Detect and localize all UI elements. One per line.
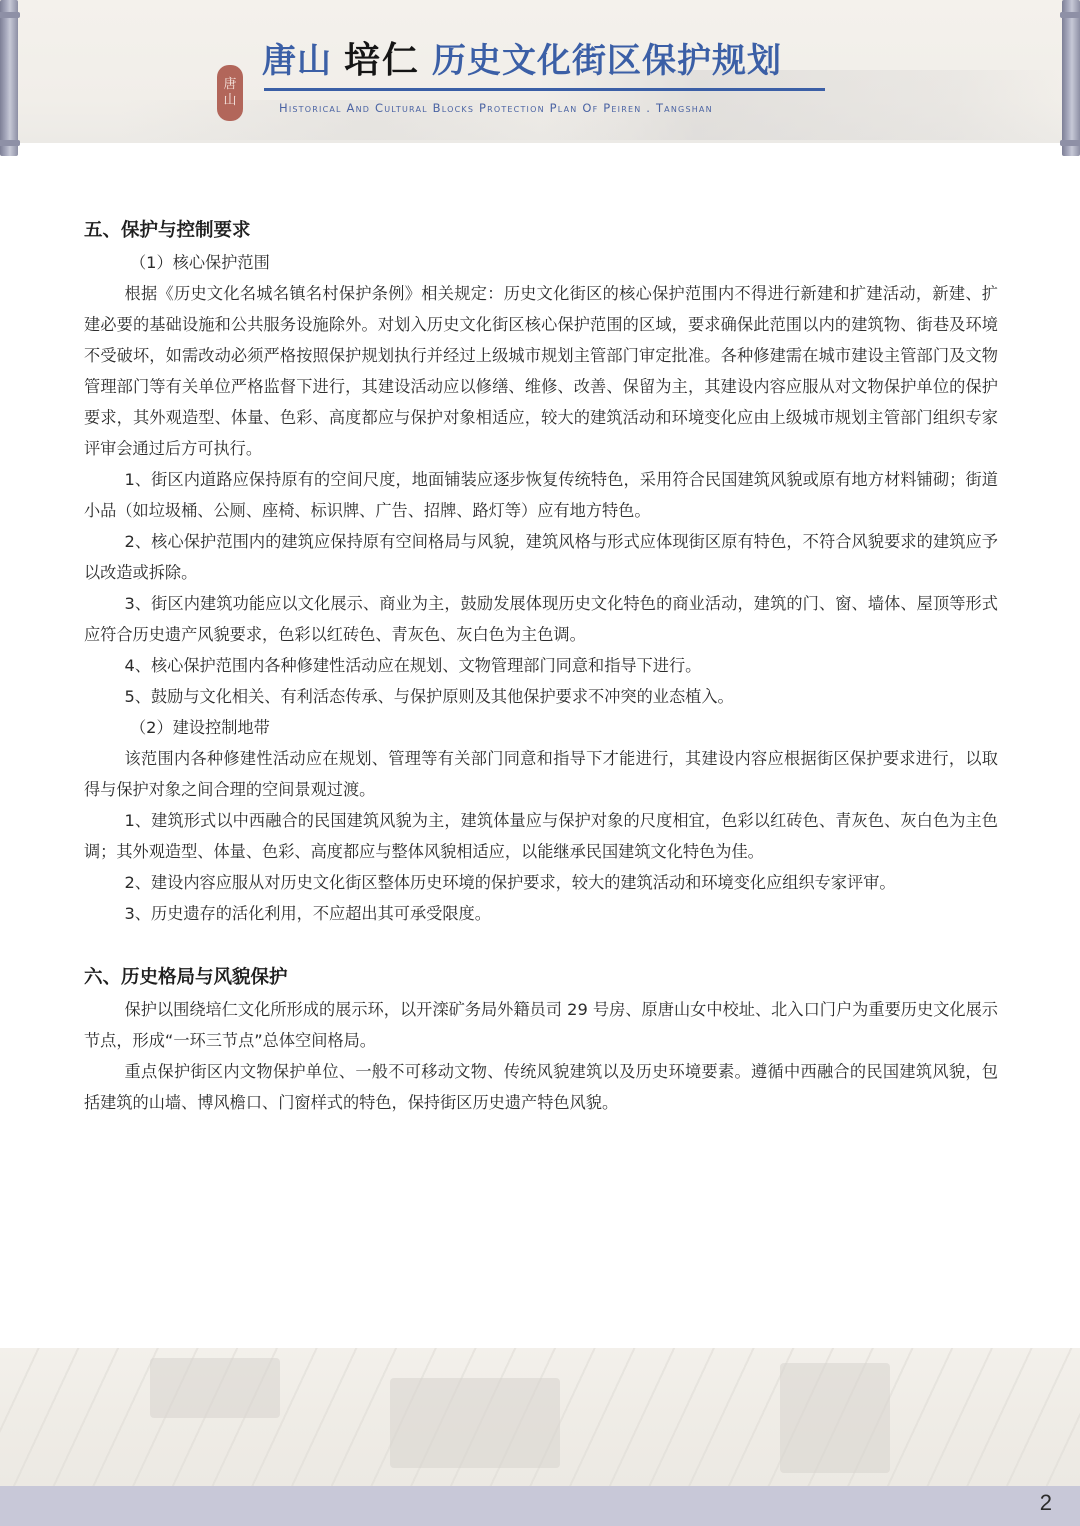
footer-bar bbox=[0, 1486, 1080, 1526]
scroll-rod-left-decoration bbox=[0, 0, 18, 156]
seal-char-2: 山 bbox=[223, 93, 236, 109]
section-spacer bbox=[84, 929, 998, 961]
page-number: 2 bbox=[1040, 1490, 1052, 1516]
footer-image-detail bbox=[150, 1358, 280, 1418]
title-prefix: 唐山 bbox=[262, 33, 332, 82]
paragraph: 1、建筑形式以中西融合的民国建筑风貌为主，建筑体量应与保护对象的尺度相宜，色彩以… bbox=[84, 805, 998, 867]
paragraph: 4、核心保护范围内各种修建性活动应在规划、文物管理部门同意和指导下进行。 bbox=[84, 650, 998, 681]
footer-image-detail bbox=[780, 1363, 890, 1473]
document-body: 五、保护与控制要求 （1）核心保护范围 根据《历史文化名城名镇名村保护条例》相关… bbox=[84, 214, 998, 1118]
paragraph: 重点保护街区内文物保护单位、一般不可移动文物、传统风貌建筑以及历史环境要素。遵循… bbox=[84, 1056, 998, 1118]
section-heading-6: 六、历史格局与风貌保护 bbox=[84, 961, 998, 994]
paragraph: 1、街区内道路应保持原有的空间尺度，地面铺装应逐步恢复传统特色，采用符合民国建筑… bbox=[84, 464, 998, 526]
title-main: 历史文化街区保护规划 bbox=[432, 33, 782, 82]
paragraph: 该范围内各种修建性活动应在规划、管理等有关部门同意和指导下才能进行，其建设内容应… bbox=[84, 743, 998, 805]
paragraph: 5、鼓励与文化相关、有利活态传承、与保护原则及其他保护要求不冲突的业态植入。 bbox=[84, 681, 998, 712]
section-heading-5: 五、保护与控制要求 bbox=[84, 214, 998, 247]
footer-background-image bbox=[0, 1348, 1080, 1486]
paragraph: 根据《历史文化名城名镇名村保护条例》相关规定：历史文化街区的核心保护范围内不得进… bbox=[84, 278, 998, 464]
scroll-rod-right-decoration bbox=[1062, 0, 1080, 156]
paragraph: 2、核心保护范围内的建筑应保持原有空间格局与风貌，建筑风格与形式应体现街区原有特… bbox=[84, 526, 998, 588]
document-title: 唐山 培仁 历史文化街区保护规划 bbox=[262, 32, 782, 82]
paragraph: 保护以围绕培仁文化所形成的展示环，以开滦矿务局外籍员司 29 号房、原唐山女中校… bbox=[84, 994, 998, 1056]
paragraph: 3、历史遗存的活化利用，不应超出其可承受限度。 bbox=[84, 898, 998, 929]
seal-char-1: 唐 bbox=[223, 77, 236, 93]
title-underline-divider bbox=[264, 88, 825, 91]
paragraph: 3、街区内建筑功能应以文化展示、商业为主，鼓励发展体现历史文化特色的商业活动，建… bbox=[84, 588, 998, 650]
paragraph: 2、建设内容应服从对历史文化街区整体历史环境的保护要求，较大的建筑活动和环境变化… bbox=[84, 867, 998, 898]
subsection-heading-core-zone: （1）核心保护范围 bbox=[84, 247, 998, 278]
document-subtitle: Historical And Cultural Blocks Protectio… bbox=[279, 101, 713, 115]
seal-stamp-icon: 唐 山 bbox=[217, 65, 243, 121]
title-brand: 培仁 bbox=[344, 32, 420, 83]
subsection-heading-control-zone: （2）建设控制地带 bbox=[84, 712, 998, 743]
footer-image-detail bbox=[390, 1378, 560, 1468]
